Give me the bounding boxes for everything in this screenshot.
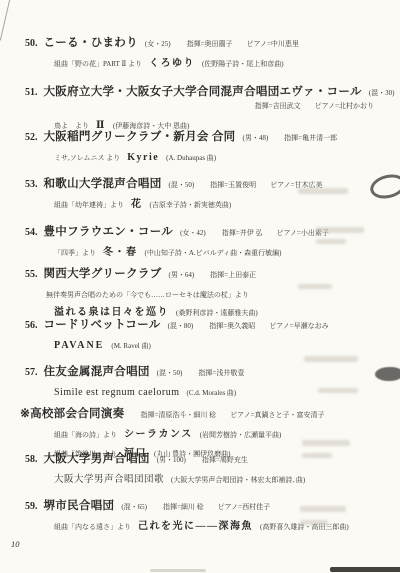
program-entry: 50.こーる・ひまわり (女・25) 指揮=奥田薗子 ピアノ=中川恵里 組曲「野… — [0, 33, 400, 71]
entry-title-line: 56.コードリベットコール (混・80) 指揮=奥久義昭 ピアノ=早瀬なおみ — [0, 315, 400, 333]
song-prefix: 組曲「野の花」PART Ⅱ より — [54, 60, 142, 68]
group-size: (男・64) — [169, 271, 195, 279]
song-credits: (岩間芳樹詩・広瀬量平曲) — [200, 431, 282, 439]
group-size: (混・30) — [369, 89, 395, 97]
entry-number: 51. — [25, 87, 38, 98]
song-credits: (A. Duhaupas 曲) — [166, 154, 216, 162]
entry-title-line: 58.大阪大学男声合唱団 (男・100) 指揮=鳩野充生 — [0, 449, 400, 467]
group-name: 関西大学グリークラブ — [44, 268, 162, 280]
song-line: PAVANE(M. Ravel 曲) — [0, 335, 400, 353]
scan-smudge — [150, 569, 206, 572]
group-name: 堺市民合唱団 — [44, 500, 115, 512]
group-name: 大阪稲門グリークラブ・新月会 合同 — [44, 131, 236, 143]
song-title: 大阪大学男声合唱団団歌 — [54, 475, 164, 485]
group-name: 豊中フラウエン・コール — [44, 226, 174, 238]
entry-title-line: 57.住友金属混声合唱団 (混・50) 指揮=浅井敬壹 — [0, 362, 400, 380]
page-number: 10 — [11, 539, 20, 549]
entry-number: 56. — [25, 320, 38, 331]
entry-number: 50. — [25, 38, 38, 49]
song-line: 組曲「内なる遠さ」より己れを光に――深海魚(高野喜久雄詩・高田三郎曲) — [0, 516, 400, 534]
group-size: (混・80) — [168, 322, 194, 330]
staff-credits: 指揮=井伊 弘 ピアノ=小出素子 — [222, 229, 329, 237]
group-size: (女・25) — [145, 40, 171, 48]
entry-number: 54. — [25, 227, 38, 238]
program-entry: 56.コードリベットコール (混・80) 指揮=奥久義昭 ピアノ=早瀬なおみ P… — [0, 315, 400, 353]
song-title: シーラカンス — [124, 429, 193, 440]
bleed-through-mark — [298, 188, 348, 194]
song-line: ミサ,ソレムニス よりKyrie(A. Duhaupas 曲) — [0, 147, 400, 165]
group-name: コードリベットコール — [44, 319, 161, 331]
group-name: 高校部会合同演奏 — [30, 408, 124, 420]
song-title: 花 — [131, 199, 143, 210]
group-size: (混・65) — [121, 503, 147, 511]
group-name: 大阪大学男声合唱団 — [44, 453, 150, 465]
entry-number: 59. — [25, 501, 38, 512]
song-title: Simile est regnum caelorum — [54, 387, 179, 398]
group-name: 大阪府立大学・大阪女子大学合同混声合唱団エヴァ・コール — [44, 86, 362, 98]
staff-credits: 指揮=奥久義昭 ピアノ=早瀬なおみ — [209, 322, 328, 330]
entry-number: 53. — [25, 179, 38, 190]
scan-smudge — [330, 567, 400, 572]
song-prefix: 「四季」より — [54, 249, 96, 257]
entry-title-line: ※高校部会合同演奏 指揮=清原浩斗・細川 稔 ピアノ=真鍋さと子・富安清子 — [0, 404, 400, 422]
bleed-through-mark — [298, 284, 332, 289]
entry-number: 58. — [25, 454, 38, 465]
staff-credits: 指揮=亀井清一郎 — [284, 134, 337, 142]
song-credits: (C.d. Morales 曲) — [186, 389, 236, 397]
group-size: (女・42) — [180, 229, 206, 237]
entry-number: 55. — [25, 269, 38, 280]
bleed-through-mark — [316, 239, 346, 244]
bleed-through-mark — [318, 388, 358, 393]
song-title: PAVANE — [54, 340, 104, 351]
song-prefix: 組曲「内なる遠さ」より — [54, 523, 131, 531]
group-size: (混・50) — [169, 181, 195, 189]
staff-credits: 指揮=浅井敬壹 — [198, 369, 244, 377]
staff-credits: 指揮=清原浩斗・細川 稔 ピアノ=真鍋さと子・富安清子 — [140, 411, 324, 419]
song-prefix: 組曲「海の詩」より — [54, 431, 117, 439]
program-entry: 52.大阪稲門グリークラブ・新月会 合同 (男・48) 指揮=亀井清一郎 ミサ,… — [0, 127, 400, 165]
song-credits: (大阪大学男声合唱団詩・林宏太郎補詩, 曲) — [171, 476, 305, 484]
entry-number: ※ — [20, 406, 30, 420]
entry-number: 57. — [25, 367, 38, 378]
song-title: 冬・春 — [103, 247, 138, 258]
entry-number: 52. — [25, 132, 38, 143]
song-credits: (中山知子詩・A.ビバルディ曲・森重行敏編) — [145, 249, 282, 257]
song-line: 大阪大学男声合唱団団歌(大阪大学男声合唱団詩・林宏太郎補詩, 曲) — [0, 469, 400, 487]
bleed-through-mark — [302, 453, 332, 458]
program-entry: 55.関西大学グリークラブ (男・64) 指揮=上田泰正 無伴奏男声合唱のための… — [0, 264, 400, 320]
staff-credits: 指揮=上田泰正 — [210, 271, 256, 279]
song-line: 組曲「幼年連祷」より花(吉原幸子詩・新実徳英曲) — [0, 194, 400, 212]
bleed-through-mark — [300, 520, 328, 525]
song-title: くろゆり — [149, 58, 195, 69]
song-prefix: ミサ,ソレムニス より — [54, 154, 120, 162]
song-credits: (吉原幸子詩・新実徳英曲) — [150, 201, 232, 209]
entry-title-line: 51.大阪府立大学・大阪女子大学合同混声合唱団エヴァ・コール (混・30) — [0, 82, 400, 100]
group-size: (男・48) — [242, 134, 268, 142]
staff-credits: 指揮=奥田薗子 ピアノ=中川恵里 — [187, 40, 299, 48]
program-entry: 59.堺市民合唱団 (混・65) 指揮=細川 稔 ピアノ=西村佳子 組曲「内なる… — [0, 496, 400, 534]
song-credits: (佐野陽子詩・尾上和彦曲) — [202, 60, 284, 68]
program-entry: 57.住友金属混声合唱団 (混・50) 指揮=浅井敬壹 Simile est r… — [0, 362, 400, 400]
song-line: 組曲「野の花」PART Ⅱ よりくろゆり(佐野陽子詩・尾上和彦曲) — [0, 53, 400, 71]
bleed-through-mark — [302, 440, 350, 446]
bleed-through-mark — [304, 356, 358, 362]
song-line: 「四季」より冬・春(中山知子詩・A.ビバルディ曲・森重行敏編) — [0, 242, 400, 260]
entry-title-line: 50.こーる・ひまわり (女・25) 指揮=奥田薗子 ピアノ=中川恵里 — [0, 33, 400, 51]
group-size: (混・50) — [157, 369, 183, 377]
staff-credits: 指揮=鳩野充生 — [202, 456, 248, 464]
group-size: (男・100) — [157, 456, 186, 464]
program-page: 50.こーる・ひまわり (女・25) 指揮=奥田薗子 ピアノ=中川恵里 組曲「野… — [0, 0, 400, 573]
group-name: こーる・ひまわり — [44, 37, 138, 49]
scan-smudge — [375, 367, 400, 381]
song-title: Kyrie — [127, 152, 159, 163]
song-title: 己れを光に――深海魚 — [138, 521, 253, 532]
song-prefix: 無伴奏男声合唱のための「今でも……ローセキは魔法の杖」より — [46, 291, 249, 299]
song-line: 無伴奏男声合唱のための「今でも……ローセキは魔法の杖」より — [0, 284, 400, 302]
group-name: 和歌山大学混声合唱団 — [44, 178, 162, 190]
entry-title-line: 55.関西大学グリークラブ (男・64) 指揮=上田泰正 — [0, 264, 400, 282]
bleed-through-mark — [316, 227, 364, 233]
entry-title-line: 52.大阪稲門グリークラブ・新月会 合同 (男・48) 指揮=亀井清一郎 — [0, 127, 400, 145]
staff-credits: 指揮=吉田武文 ピアノ=北村かおり — [0, 101, 400, 111]
program-entry: 51.大阪府立大学・大阪女子大学合同混声合唱団エヴァ・コール (混・30) 指揮… — [0, 82, 400, 133]
group-name: 住友金属混声合唱団 — [44, 366, 150, 378]
bleed-through-mark — [300, 506, 346, 512]
staff-credits: 指揮=細川 稔 ピアノ=西村佳子 — [163, 503, 270, 511]
program-entry: 58.大阪大学男声合唱団 (男・100) 指揮=鳩野充生 大阪大学男声合唱団団歌… — [0, 449, 400, 487]
song-credits: (M. Ravel 曲) — [111, 342, 150, 350]
song-prefix: 組曲「幼年連祷」より — [54, 201, 124, 209]
